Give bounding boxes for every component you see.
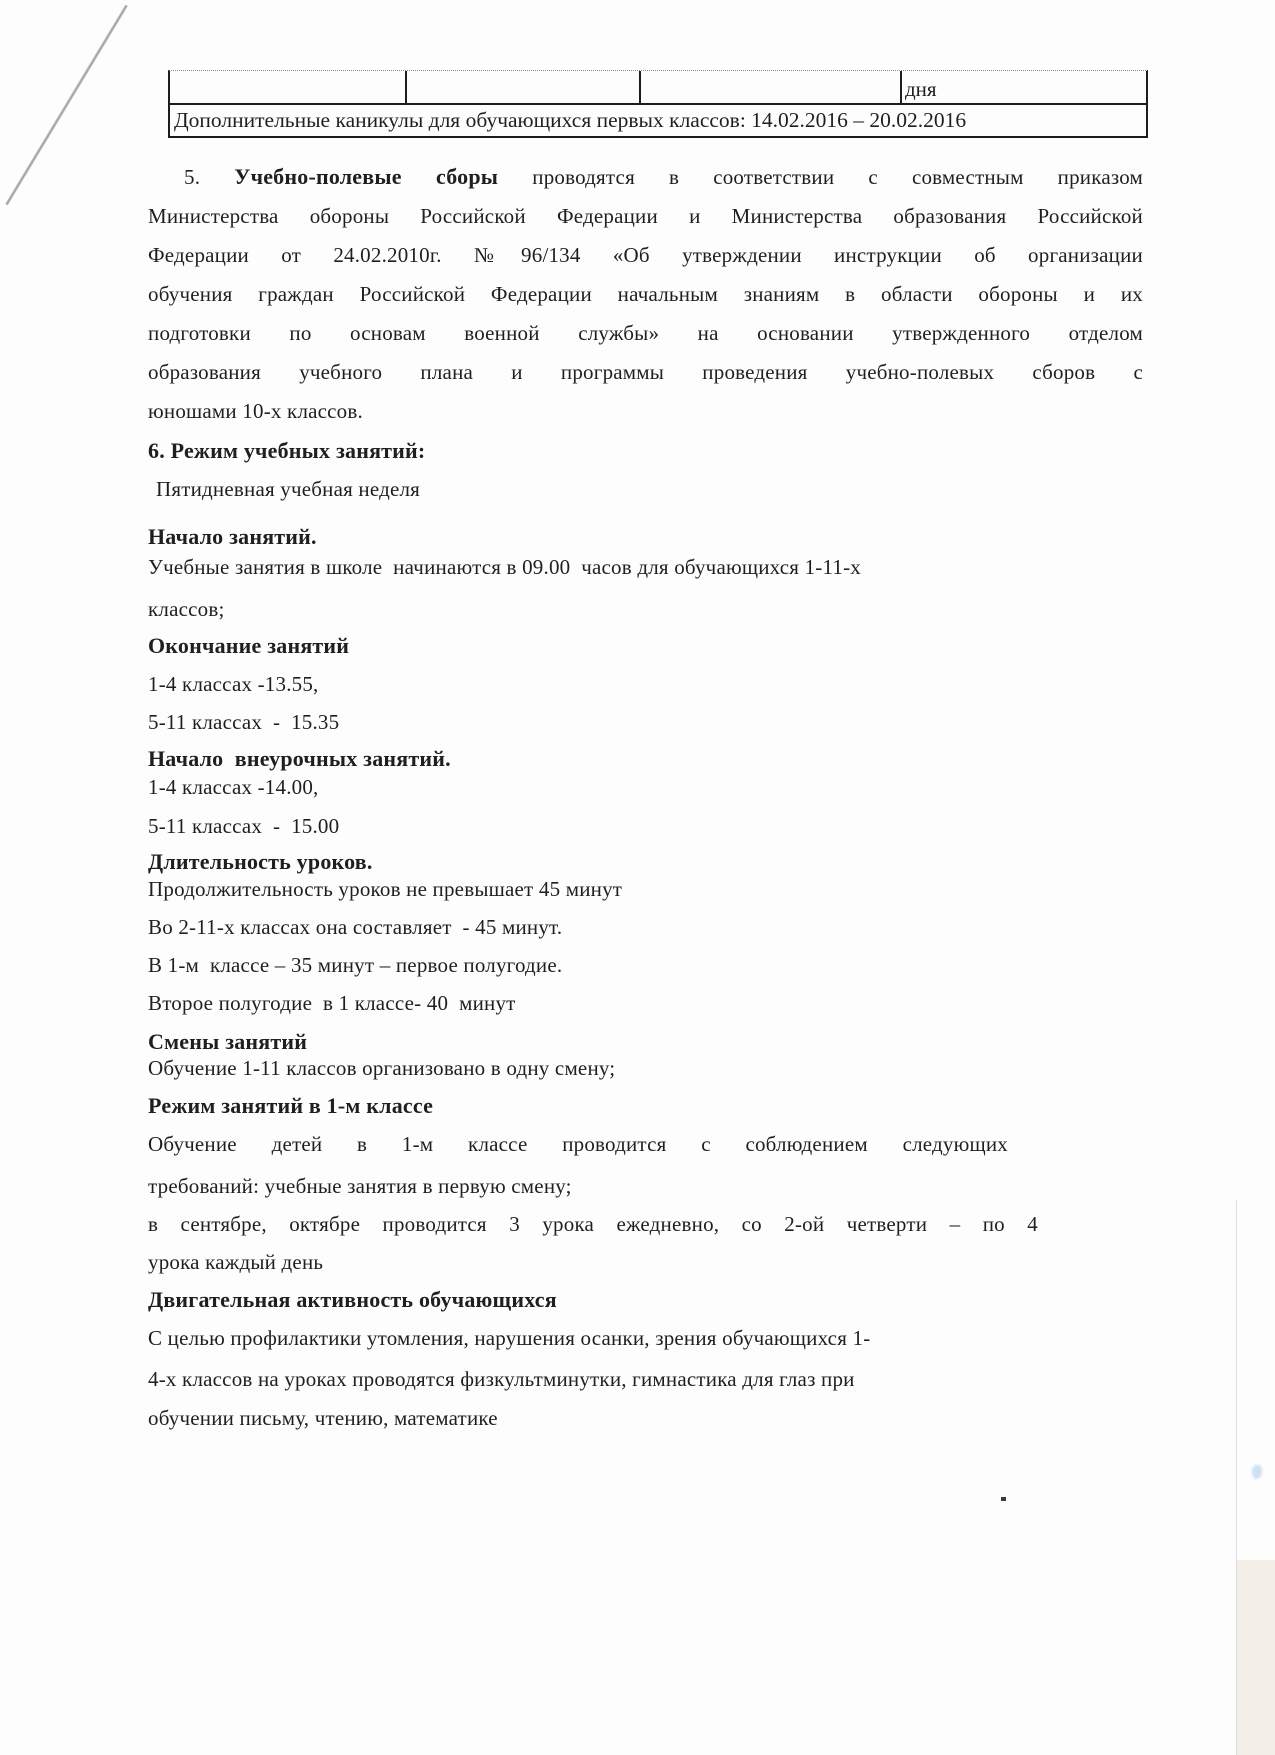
scan-blue-speck xyxy=(1252,1465,1262,1479)
five-day-week-line: Пятидневная учебная неделя xyxy=(156,470,1151,508)
first-grade-line-2: требований: учебные занятия в первую сме… xyxy=(148,1167,1143,1205)
para5-line-5: подготовки по основам военной службы» на… xyxy=(148,314,1143,352)
start-of-classes-line-1: Учебные занятия в школе начинаются в 09.… xyxy=(148,548,1143,586)
para5-line-7: юношами 10-х классов. xyxy=(148,392,1143,430)
end-of-classes-line-2: 5-11 классах - 15.35 xyxy=(148,703,1143,741)
physical-activity-line-1: С целью профилактики утомления, нарушени… xyxy=(148,1319,1143,1357)
first-grade-line-1: Обучение детей в 1-м классе проводится с… xyxy=(148,1125,1008,1163)
para5-line-1-rest: проводятся в соответствии с совместным п… xyxy=(532,165,1143,189)
scan-corner-shadow xyxy=(1237,1560,1275,1755)
para5-number: 5. xyxy=(184,165,200,189)
para5-line-2: Министерства обороны Российской Федераци… xyxy=(148,197,1143,235)
lesson-duration-line-3: В 1-м классе – 35 минут – первое полугод… xyxy=(148,946,1143,984)
lesson-duration-line-1: Продолжительность уроков не превышает 45… xyxy=(148,870,1143,908)
start-of-classes-line-2: классов; xyxy=(148,590,1143,628)
physical-activity-line-2: 4-х классов на уроках проводятся физкуль… xyxy=(148,1360,1143,1398)
lesson-duration-line-2: Во 2-11-х классах она составляет - 45 ми… xyxy=(148,908,1143,946)
table-cell-3 xyxy=(641,71,902,103)
first-grade-line-3: в сентябре, октябре проводится 3 урока е… xyxy=(148,1205,1038,1243)
section6-heading: 6. Режим учебных занятий: xyxy=(148,432,1143,470)
physical-activity-heading: Двигательная активность обучающихся xyxy=(148,1281,1143,1319)
lesson-duration-line-4: Второе полугодие в 1 классе- 40 минут xyxy=(148,984,1143,1022)
page-corner-fold-line xyxy=(5,4,128,205)
table-row-additional-holidays: Дополнительные каникулы для обучающихся … xyxy=(170,103,1146,136)
end-of-classes-heading: Окончание занятий xyxy=(148,627,1143,665)
extracurricular-line-2: 5-11 классах - 15.00 xyxy=(148,807,1143,845)
calendar-table-fragment: дня Дополнительные каникулы для обучающи… xyxy=(168,70,1148,138)
physical-activity-line-3: обучении письму, чтению, математике xyxy=(148,1399,1143,1437)
para5-line-3: Федерации от 24.02.2010г. №96/134 «Об ут… xyxy=(148,236,1143,274)
scan-speck xyxy=(1001,1497,1006,1501)
table-cell-1 xyxy=(170,71,407,103)
extracurricular-line-1: 1-4 классах -14.00, xyxy=(148,768,1143,806)
scanned-document-page: дня Дополнительные каникулы для обучающи… xyxy=(0,0,1275,1755)
first-grade-regime-heading: Режим занятий в 1-м классе xyxy=(148,1087,1143,1125)
para5-line-1: 5. Учебно-полевые сборы проводятся в соо… xyxy=(148,158,1143,196)
para5-line-4: обучения граждан Российской Федерации на… xyxy=(148,275,1143,313)
table-cell-2 xyxy=(407,71,641,103)
para5-line-6: образования учебного плана и программы п… xyxy=(148,353,1143,391)
table-cell-4: дня xyxy=(902,71,1146,103)
table-row: дня xyxy=(170,71,1146,103)
para5-bold-lead: Учебно-полевые сборы xyxy=(234,164,498,189)
first-grade-line-4: урока каждый день xyxy=(148,1243,1143,1281)
shifts-line-1: Обучение 1-11 классов организовано в одн… xyxy=(148,1049,1143,1087)
end-of-classes-line-1: 1-4 классах -13.55, xyxy=(148,665,1143,703)
